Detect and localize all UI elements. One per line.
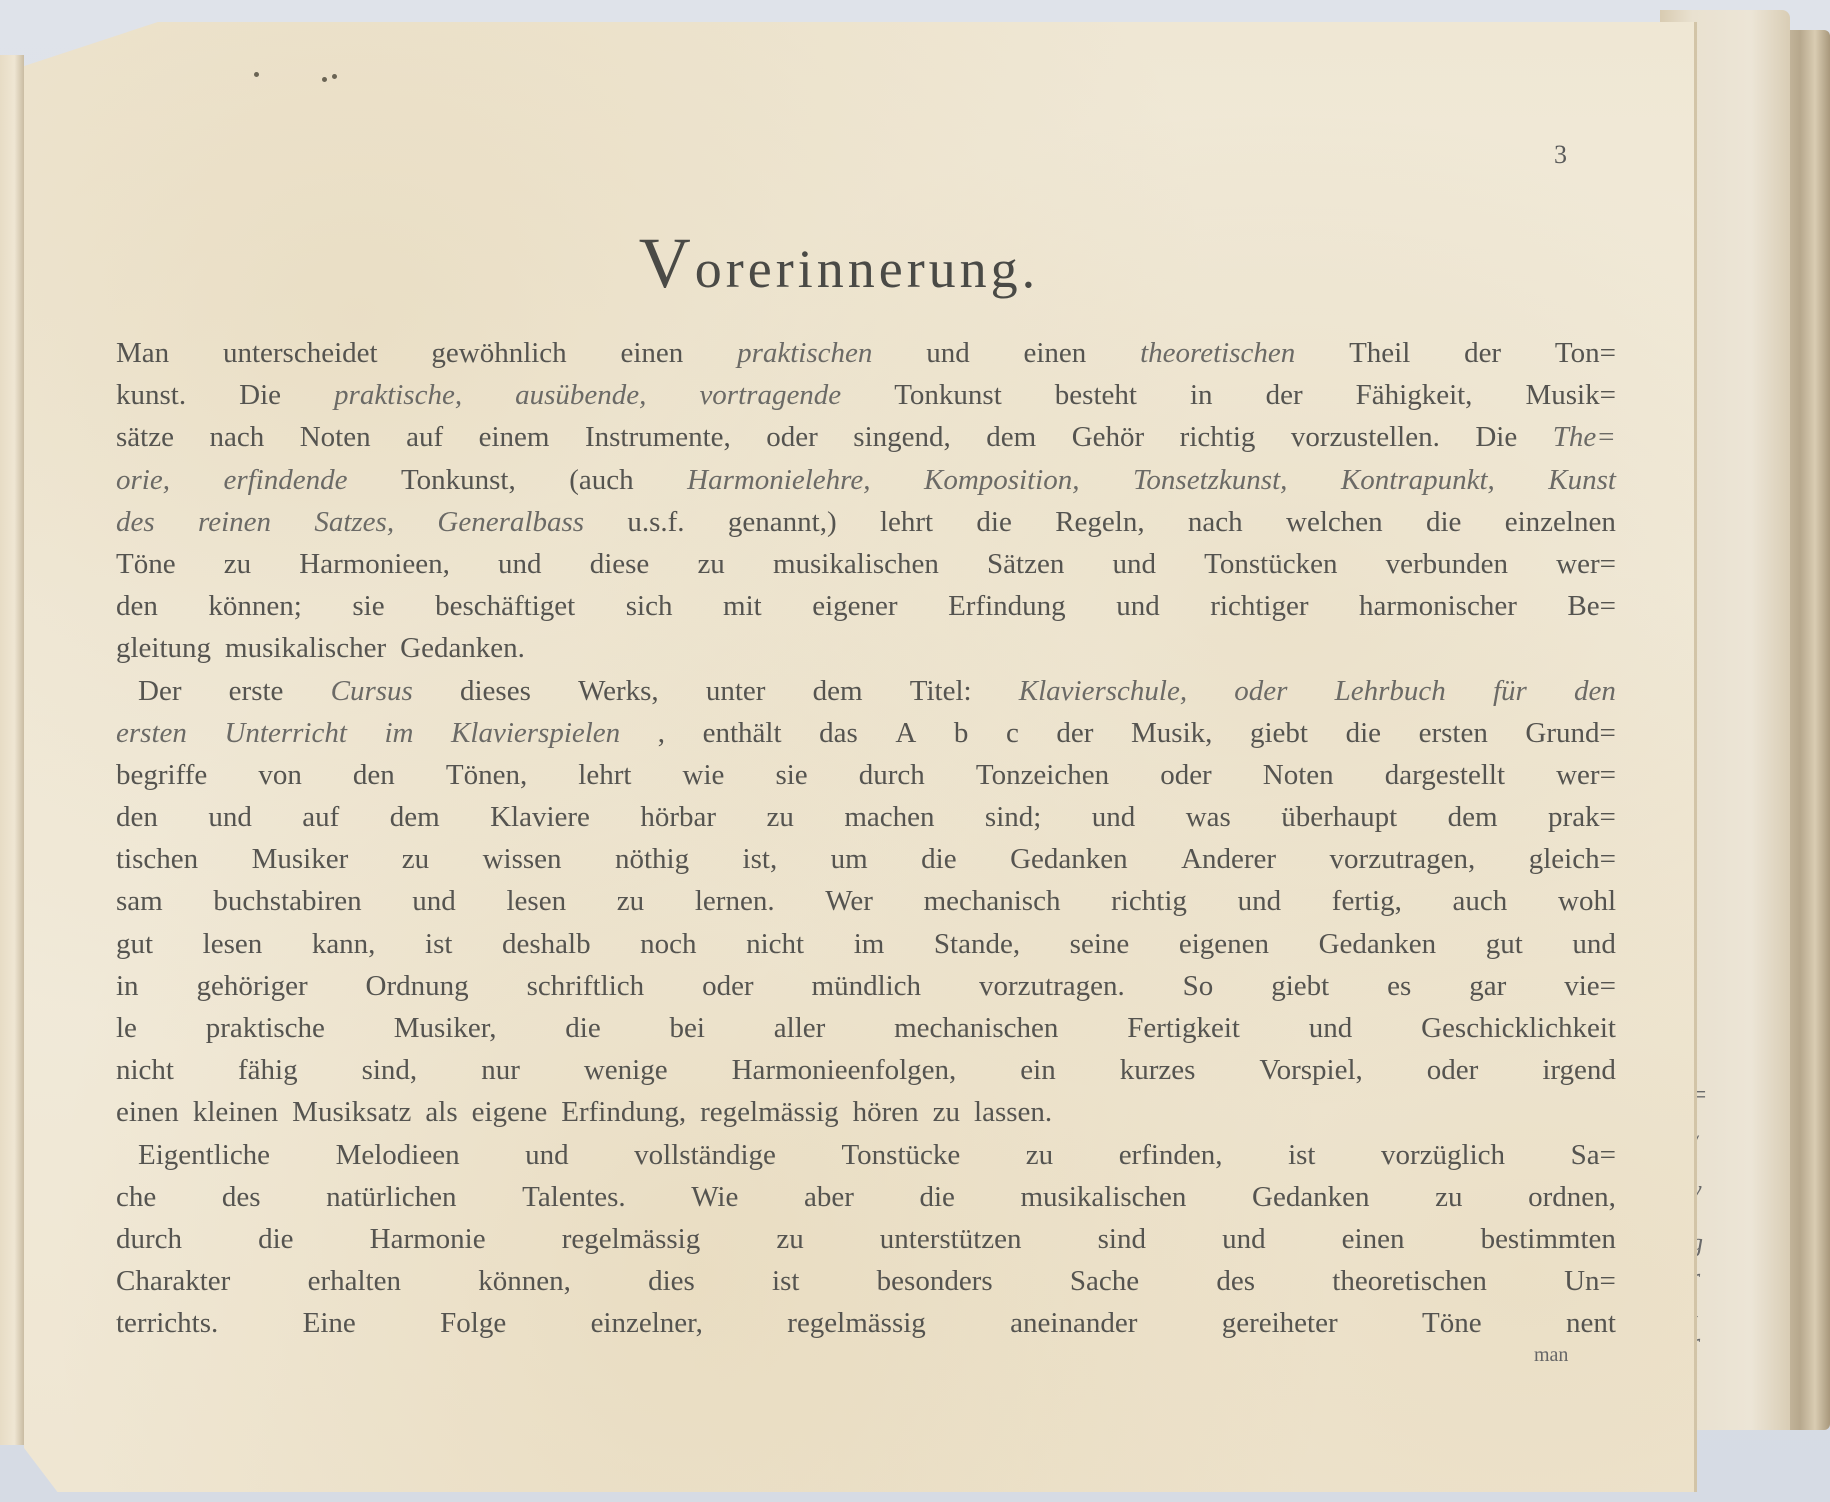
- word: gewöhnlich: [431, 332, 566, 374]
- word: lehrt: [578, 754, 631, 796]
- word: als: [425, 1091, 457, 1133]
- word: unterscheidet: [223, 332, 378, 374]
- word: ersten: [1419, 712, 1488, 754]
- word: Folge: [440, 1302, 506, 1344]
- word: (auch: [569, 459, 633, 501]
- word: sie: [775, 754, 807, 796]
- word: die: [258, 1218, 293, 1260]
- word: wer=: [1556, 543, 1616, 585]
- word: oder: [702, 965, 754, 1007]
- word: kann,: [312, 923, 376, 965]
- word: dem: [1448, 796, 1498, 838]
- italic-word: des: [116, 501, 155, 543]
- word: fertig,: [1332, 880, 1402, 922]
- word: in: [1190, 374, 1213, 416]
- word: musikalischer: [225, 627, 386, 669]
- word: verbunden: [1386, 543, 1508, 585]
- word: kurzes: [1120, 1049, 1196, 1091]
- body-text: Manunterscheidetgewöhnlicheinenpraktisch…: [116, 332, 1616, 1345]
- word: regelmässig: [700, 1091, 839, 1133]
- word: unter: [706, 670, 766, 712]
- word: dieses: [460, 670, 531, 712]
- word: u.s.f.: [627, 501, 684, 543]
- italic-word: Klavierspielen: [451, 712, 620, 754]
- word: einem: [479, 416, 550, 458]
- word: ordnen,: [1528, 1176, 1616, 1218]
- word: nöthig: [615, 838, 689, 880]
- word: b: [954, 712, 969, 754]
- word: um: [831, 838, 868, 880]
- word: die: [1346, 712, 1381, 754]
- word: Die: [1475, 416, 1517, 458]
- word: ist: [425, 923, 452, 965]
- catchword: man: [1534, 1344, 1568, 1367]
- word: Erfindung: [948, 585, 1066, 627]
- word: richtiger: [1210, 585, 1308, 627]
- word: gleich=: [1529, 838, 1616, 880]
- italic-word: Lehrbuch: [1335, 670, 1446, 712]
- word: Töne: [1422, 1302, 1482, 1344]
- word: Charakter: [116, 1260, 230, 1302]
- italic-word: Komposition,: [924, 459, 1080, 501]
- text-line: chedesnatürlichenTalentes.Wieaberdiemusi…: [116, 1176, 1616, 1218]
- word: vorzustellen.: [1291, 416, 1440, 458]
- word: im: [854, 923, 885, 965]
- text-line: tischenMusikerzuwissennöthigist,umdieGed…: [116, 838, 1616, 880]
- word: einzelner,: [591, 1302, 703, 1344]
- word: bei: [670, 1007, 705, 1049]
- word: der: [1266, 374, 1303, 416]
- text-line: begriffevondenTönen,lehrtwiesiedurchTonz…: [116, 754, 1616, 796]
- word: praktische: [206, 1007, 325, 1049]
- word: So: [1183, 965, 1214, 1007]
- italic-word: theoretischen: [1140, 332, 1295, 374]
- word: nur: [481, 1049, 520, 1091]
- word: Eigentliche: [138, 1134, 270, 1176]
- italic-word: im: [384, 712, 413, 754]
- text-line: denundaufdemKlavierehörbarzumachensind;u…: [116, 796, 1616, 838]
- word: nicht: [116, 1049, 174, 1091]
- text-line: sätzenachNotenaufeinemInstrumente,odersi…: [116, 416, 1616, 458]
- word: ein: [1020, 1049, 1055, 1091]
- word: gut: [1486, 923, 1523, 965]
- word: eigener: [812, 585, 897, 627]
- previous-page-edge: [0, 55, 24, 1445]
- word: irgend: [1542, 1049, 1616, 1091]
- word: Titel:: [910, 670, 972, 712]
- word: ,: [658, 712, 665, 754]
- word: dem: [986, 416, 1036, 458]
- italic-word: Harmonielehre,: [687, 459, 870, 501]
- word: musikalischen: [773, 543, 939, 585]
- word: erhalten: [308, 1260, 401, 1302]
- word: und: [1238, 880, 1282, 922]
- word: durch: [859, 754, 925, 796]
- word: den: [116, 796, 158, 838]
- word: musikalischen: [1020, 1176, 1186, 1218]
- text-line: DerersteCursusdiesesWerks,unterdemTitel:…: [116, 670, 1616, 712]
- italic-word: erfindende: [223, 459, 347, 501]
- word: einen: [1342, 1218, 1405, 1260]
- word: die: [921, 838, 956, 880]
- word: wohl: [1558, 880, 1616, 922]
- word: zu: [617, 880, 644, 922]
- word: und: [412, 880, 456, 922]
- text-line: orie,erfindendeTonkunst,(auchHarmonieleh…: [116, 459, 1616, 501]
- word: giebt: [1250, 712, 1308, 754]
- word: gut: [116, 923, 153, 965]
- word: mit: [723, 585, 762, 627]
- word: Ordnung: [366, 965, 469, 1007]
- word: giebt: [1271, 965, 1329, 1007]
- word: genannt,): [728, 501, 837, 543]
- word: fähig: [238, 1049, 298, 1091]
- italic-word: Satzes,: [314, 501, 394, 543]
- word: und: [1113, 543, 1157, 585]
- word: Der: [138, 670, 181, 712]
- word: oder: [1160, 754, 1212, 796]
- word: prak=: [1548, 796, 1616, 838]
- word: lehrt: [880, 501, 933, 543]
- word: begriffe: [116, 754, 207, 796]
- word: diese: [590, 543, 650, 585]
- word: Un=: [1564, 1260, 1616, 1302]
- text-line: desreinenSatzes,Generalbassu.s.f.genannt…: [116, 501, 1616, 543]
- word: Musiker: [252, 838, 349, 880]
- text-line: terrichts.EineFolgeeinzelner,regelmässig…: [116, 1302, 1616, 1344]
- word: vorzutragen,: [1330, 838, 1476, 880]
- word: Melodieen: [336, 1134, 460, 1176]
- word: enthält: [703, 712, 782, 754]
- word: Gedanken: [1319, 923, 1437, 965]
- word: A: [895, 712, 916, 754]
- word: und: [498, 543, 542, 585]
- word: Gedanken: [1010, 838, 1128, 880]
- word: Tonstücken: [1204, 543, 1337, 585]
- word: harmonischer: [1359, 585, 1517, 627]
- text-line: TönezuHarmonieen,unddiesezumusikalischen…: [116, 543, 1616, 585]
- word: Fähigkeit,: [1356, 374, 1473, 416]
- text-line: Charaktererhaltenkönnen,diesistbesonders…: [116, 1260, 1616, 1302]
- word: Gedanken: [1252, 1176, 1370, 1218]
- word: sind;: [985, 796, 1041, 838]
- word: und: [926, 332, 970, 374]
- word: hören: [853, 1091, 919, 1133]
- word: gereiheter: [1222, 1302, 1338, 1344]
- word: dies: [648, 1260, 695, 1302]
- word: einzelnen: [1505, 501, 1616, 543]
- word: aller: [774, 1007, 826, 1049]
- word: erste: [229, 670, 284, 712]
- italic-word: vortragende: [699, 374, 841, 416]
- title-initial: V: [639, 223, 695, 303]
- word: deshalb: [502, 923, 591, 965]
- word: che: [116, 1176, 156, 1218]
- word: dem: [390, 796, 440, 838]
- title-rest: orerinnerung.: [695, 239, 1039, 299]
- word: Geschicklichkeit: [1421, 1007, 1616, 1049]
- word: die: [919, 1176, 954, 1218]
- book-page: 3 Vorerinnerung. Manunterscheidetgewöhnl…: [24, 22, 1697, 1492]
- word: nicht: [746, 923, 804, 965]
- word: mündlich: [812, 965, 922, 1007]
- word: oder: [766, 416, 818, 458]
- word: lernen.: [695, 880, 775, 922]
- word: vollständige: [634, 1134, 776, 1176]
- word: auf: [302, 796, 339, 838]
- word: Töne: [116, 543, 176, 585]
- italic-word: The=: [1553, 416, 1616, 458]
- italic-word: ersten: [116, 712, 187, 754]
- word: aber: [804, 1176, 854, 1218]
- italic-word: für: [1493, 670, 1527, 712]
- word: Tonkunst,: [401, 459, 516, 501]
- word: ist,: [743, 838, 778, 880]
- word: und: [1092, 796, 1136, 838]
- word: unterstützen: [880, 1218, 1022, 1260]
- word: terrichts.: [116, 1302, 218, 1344]
- word: Tonkunst: [894, 374, 1002, 416]
- word: Die: [239, 374, 281, 416]
- word: Anderer: [1181, 838, 1276, 880]
- word: Tonstücke: [841, 1134, 960, 1176]
- word: durch: [116, 1218, 182, 1260]
- word: Sätzen: [987, 543, 1064, 585]
- word: zu: [1026, 1134, 1053, 1176]
- word: gar: [1469, 965, 1506, 1007]
- word: auch: [1453, 880, 1508, 922]
- word: das: [819, 712, 858, 754]
- word: des: [222, 1176, 261, 1218]
- word: einen: [1024, 332, 1087, 374]
- word: Tönen,: [446, 754, 527, 796]
- word: zu: [224, 543, 251, 585]
- word: wenige: [584, 1049, 668, 1091]
- word: richtig: [1111, 880, 1187, 922]
- italic-word: Generalbass: [437, 501, 584, 543]
- word: können;: [208, 585, 301, 627]
- text-line: lepraktischeMusiker,diebeiallermechanisc…: [116, 1007, 1616, 1049]
- word: und: [1116, 585, 1160, 627]
- word: natürlichen: [326, 1176, 456, 1218]
- word: und: [1572, 923, 1616, 965]
- word: vie=: [1564, 965, 1616, 1007]
- word: nent: [1566, 1302, 1616, 1344]
- word: Noten: [300, 416, 371, 458]
- word: vorzüglich: [1381, 1134, 1505, 1176]
- word: aneinander: [1010, 1302, 1137, 1344]
- word: Erfindung,: [561, 1091, 686, 1133]
- word: lesen: [203, 923, 263, 965]
- text-line: kunst.Diepraktische,ausübende,vortragend…: [116, 374, 1616, 416]
- word: können,: [478, 1260, 571, 1302]
- italic-word: praktische,: [334, 374, 462, 416]
- word: Musik=: [1525, 374, 1615, 416]
- word: mechanisch: [924, 880, 1061, 922]
- text-line: erstenUnterrichtimKlavierspielen,enthält…: [116, 712, 1616, 754]
- word: ist: [772, 1260, 799, 1302]
- word: buchstabiren: [213, 880, 361, 922]
- word: oder: [1427, 1049, 1479, 1091]
- word: nach: [209, 416, 264, 458]
- word: eigene: [472, 1091, 548, 1133]
- word: machen: [844, 796, 934, 838]
- word: Be=: [1567, 585, 1616, 627]
- word: zu: [697, 543, 724, 585]
- text-line: durchdieHarmonieregelmässigzuunterstütze…: [116, 1218, 1616, 1260]
- word: le: [116, 1007, 137, 1049]
- word: von: [258, 754, 302, 796]
- word: wer=: [1556, 754, 1616, 796]
- word: sätze: [116, 416, 174, 458]
- word: dem: [813, 670, 863, 712]
- word: hörbar: [640, 796, 716, 838]
- word: die: [976, 501, 1011, 543]
- word: ist: [1288, 1134, 1315, 1176]
- word: besonders: [877, 1260, 993, 1302]
- word: kunst.: [116, 374, 186, 416]
- italic-word: Kontrapunkt,: [1341, 459, 1495, 501]
- word: überhaupt: [1281, 796, 1397, 838]
- word: die: [565, 1007, 600, 1049]
- word: Wer: [825, 880, 873, 922]
- word: Grund=: [1525, 712, 1615, 754]
- italic-word: ausübende,: [515, 374, 646, 416]
- page-title: Vorerinnerung.: [24, 222, 1654, 305]
- word: Gedanken.: [400, 627, 525, 669]
- text-line: Manunterscheidetgewöhnlicheinenpraktisch…: [116, 332, 1616, 374]
- italic-word: Cursus: [331, 670, 413, 712]
- word: die: [1426, 501, 1461, 543]
- text-line: sambuchstabirenundlesenzulernen.Wermecha…: [116, 880, 1616, 922]
- word: wissen: [483, 838, 562, 880]
- word: Instrumente,: [585, 416, 731, 458]
- text-line: denkönnen;siebeschäftigetsichmiteigenerE…: [116, 585, 1616, 627]
- word: und: [1222, 1218, 1266, 1260]
- word: welchen: [1286, 501, 1383, 543]
- word: zu: [402, 838, 429, 880]
- word: nach: [1188, 501, 1243, 543]
- word: zu: [776, 1218, 803, 1260]
- italic-word: reinen: [198, 501, 271, 543]
- word: Musiksatz: [292, 1091, 411, 1133]
- word: Tonzeichen: [976, 754, 1109, 796]
- text-line: nichtfähigsind,nurwenigeHarmonieenfolgen…: [116, 1049, 1616, 1091]
- word: theoretischen: [1332, 1260, 1487, 1302]
- word: Klaviere: [490, 796, 590, 838]
- word: und: [1309, 1007, 1353, 1049]
- word: Harmonieen,: [299, 543, 450, 585]
- word: zu: [767, 796, 794, 838]
- word: in: [116, 965, 139, 1007]
- word: Fertigkeit: [1127, 1007, 1240, 1049]
- word: den: [353, 754, 395, 796]
- word: lesen: [507, 880, 567, 922]
- word: bestimmten: [1481, 1218, 1616, 1260]
- word: zu: [933, 1091, 960, 1133]
- word: regelmässig: [562, 1218, 701, 1260]
- italic-word: Tonsetzkunst,: [1133, 459, 1287, 501]
- word: kleinen: [193, 1091, 278, 1133]
- word: der: [1464, 332, 1501, 374]
- word: richtig: [1180, 416, 1256, 458]
- word: sam: [116, 880, 163, 922]
- word: auf: [406, 416, 443, 458]
- italic-word: orie,: [116, 459, 170, 501]
- italic-word: oder: [1234, 670, 1287, 712]
- word: Gehör: [1072, 416, 1144, 458]
- word: der: [1056, 712, 1093, 754]
- word: Man: [116, 332, 169, 374]
- word: Sache: [1070, 1260, 1139, 1302]
- word: dargestellt: [1385, 754, 1505, 796]
- word: c: [1006, 712, 1019, 754]
- italic-word: Klavierschule,: [1019, 670, 1187, 712]
- word: und: [208, 796, 252, 838]
- italic-word: Unterricht: [224, 712, 346, 754]
- word: Musiker,: [394, 1007, 497, 1049]
- word: des: [1216, 1260, 1255, 1302]
- italic-word: Kunst: [1548, 459, 1616, 501]
- word: Stande,: [934, 923, 1020, 965]
- word: einen: [116, 1091, 179, 1133]
- word: Ton=: [1555, 332, 1616, 374]
- word: vorzutragen.: [979, 965, 1125, 1007]
- word: sind: [1098, 1218, 1146, 1260]
- text-line: gutlesenkann,istdeshalbnochnichtimStande…: [116, 923, 1616, 965]
- word: was: [1186, 796, 1231, 838]
- word: tischen: [116, 838, 198, 880]
- word: gleitung: [116, 627, 211, 669]
- word: erfinden,: [1119, 1134, 1223, 1176]
- word: regelmässig: [787, 1302, 926, 1344]
- text-line: einenkleinenMusiksatzalseigeneErfindung,…: [116, 1091, 1616, 1133]
- word: sich: [626, 585, 673, 627]
- word: Vorspiel,: [1259, 1049, 1362, 1091]
- word: Talentes.: [522, 1176, 625, 1218]
- word: den: [116, 585, 158, 627]
- word: Sa=: [1571, 1134, 1616, 1176]
- word: Harmonieenfolgen,: [732, 1049, 957, 1091]
- text-line: ingehörigerOrdnungschriftlichodermündlic…: [116, 965, 1616, 1007]
- page-number: 3: [1554, 140, 1567, 170]
- word: Noten: [1263, 754, 1334, 796]
- italic-word: praktischen: [737, 332, 872, 374]
- word: sie: [352, 585, 384, 627]
- word: beschäftiget: [435, 585, 575, 627]
- word: Wie: [691, 1176, 738, 1218]
- word: es: [1387, 965, 1411, 1007]
- word: Musik,: [1131, 712, 1212, 754]
- word: schriftlich: [527, 965, 645, 1007]
- word: singend,: [853, 416, 950, 458]
- word: wie: [683, 754, 725, 796]
- text-line: EigentlicheMelodieenundvollständigeTonst…: [116, 1134, 1616, 1176]
- word: sind,: [362, 1049, 418, 1091]
- word: mechanischen: [894, 1007, 1058, 1049]
- word: lassen.: [974, 1091, 1052, 1133]
- word: Eine: [303, 1302, 356, 1344]
- word: zu: [1435, 1176, 1462, 1218]
- word: Regeln,: [1055, 501, 1144, 543]
- word: gehöriger: [196, 965, 307, 1007]
- word: und: [525, 1134, 569, 1176]
- text-line: gleitungmusikalischerGedanken.: [116, 627, 1616, 669]
- word: noch: [640, 923, 696, 965]
- word: einen: [620, 332, 683, 374]
- italic-word: den: [1574, 670, 1616, 712]
- word: Theil: [1349, 332, 1410, 374]
